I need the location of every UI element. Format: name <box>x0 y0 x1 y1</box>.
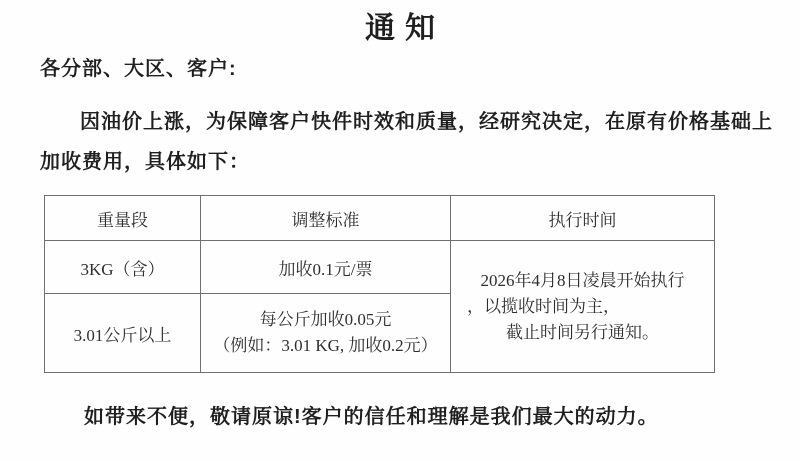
column-header-execution-time: 执行时间 <box>451 196 715 241</box>
adjustment-line-2: （例如：3.01 KG, 加收0.2元） <box>205 333 446 359</box>
body-paragraph: 因油价上涨，为保障客户快件时效和质量，经研究决定，在原有价格基础上 加收费用，具… <box>40 102 773 182</box>
weight-cell-3kg: 3KG（含） <box>45 241 201 294</box>
adjustment-cell-3kg: 加收0.1元/票 <box>201 241 451 294</box>
table-row: 3KG（含） 加收0.1元/票 2026年4月8日凌晨开始执行 ，以揽收时间为主… <box>45 241 715 294</box>
column-header-weight: 重量段 <box>45 196 201 241</box>
closing-line: 如带来不便，敬请原谅!客户的信任和理解是我们最大的动力。 <box>84 400 659 429</box>
column-header-adjustment: 调整标准 <box>201 196 451 241</box>
body-line-1: 因油价上涨，为保障客户快件时效和质量，经研究决定，在原有价格基础上 <box>40 102 773 142</box>
fee-table: 重量段 调整标准 执行时间 3KG（含） 加收0.1元/票 2026年4月8日凌… <box>44 195 715 373</box>
execution-time-line-2: ，以揽收时间为主， <box>455 294 710 320</box>
execution-time-line-3: 截止时间另行通知。 <box>455 320 710 346</box>
execution-time-cell: 2026年4月8日凌晨开始执行 ，以揽收时间为主， 截止时间另行通知。 <box>451 241 715 373</box>
body-line-2: 加收费用，具体如下： <box>40 142 773 182</box>
page-title: 通知 <box>0 3 800 47</box>
weight-cell-over-3kg: 3.01公斤以上 <box>45 294 201 373</box>
table-header-row: 重量段 调整标准 执行时间 <box>45 196 715 241</box>
execution-time-line-1: 2026年4月8日凌晨开始执行 <box>455 268 710 294</box>
salutation-line: 各分部、大区、客户: <box>40 52 237 81</box>
notice-document: 通知 各分部、大区、客户: 因油价上涨，为保障客户快件时效和质量，经研究决定，在… <box>0 0 800 461</box>
adjustment-line-1: 每公斤加收0.05元 <box>205 307 446 333</box>
adjustment-cell-over-3kg: 每公斤加收0.05元 （例如：3.01 KG, 加收0.2元） <box>201 294 451 373</box>
